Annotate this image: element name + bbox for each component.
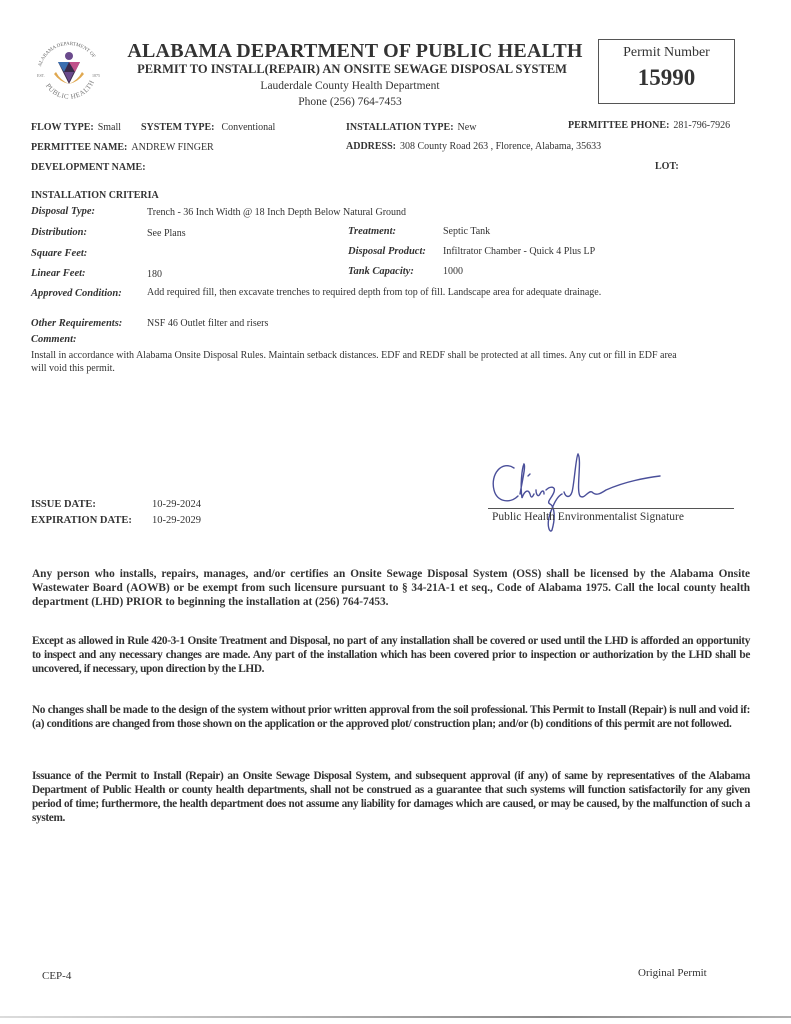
system-type-field: SYSTEM TYPE: Conventional — [141, 117, 275, 135]
permittee-name-field: PERMITTEE NAME: ANDREW FINGER — [31, 137, 214, 155]
tank-capacity-label: Tank Capacity: — [348, 266, 414, 277]
copy-type: Original Permit — [638, 967, 707, 979]
signature-caption: Public Health Environmentalist Signature — [492, 511, 684, 523]
design-changes-paragraph: No changes shall be made to the design o… — [32, 703, 750, 731]
other-requirements-label: Other Requirements: — [31, 318, 122, 329]
lot-field: LOT: — [655, 156, 679, 174]
department-phone: Phone (256) 764-7453 — [0, 96, 700, 108]
permittee-name-value: ANDREW FINGER — [131, 142, 213, 153]
tank-capacity-value: 1000 — [443, 266, 463, 277]
issue-date-value: 10-29-2024 — [152, 499, 201, 510]
system-type-label: SYSTEM TYPE: — [141, 122, 214, 133]
permit-number-label: Permit Number — [599, 45, 734, 61]
system-type-value: Conventional — [221, 122, 275, 133]
disposal-type-value: Trench - 36 Inch Width @ 18 Inch Depth B… — [147, 207, 406, 218]
installation-criteria-heading: INSTALLATION CRITERIA — [31, 190, 159, 201]
approved-condition-label: Approved Condition: — [31, 288, 122, 299]
permit-number-box: Permit Number 15990 — [598, 39, 735, 104]
distribution-value: See Plans — [147, 228, 186, 239]
permittee-phone-field: PERMITTEE PHONE: 281-796-7926 — [568, 115, 730, 133]
liability-paragraph: Issuance of the Permit to Install (Repai… — [32, 769, 750, 825]
disposal-product-value: Infiltrator Chamber - Quick 4 Plus LP — [443, 246, 595, 257]
lot-label: LOT: — [655, 161, 679, 172]
flow-type-label: FLOW TYPE: — [31, 122, 94, 133]
linear-feet-value: 180 — [147, 269, 162, 280]
permittee-phone-label: PERMITTEE PHONE: — [568, 120, 669, 131]
approved-condition-value: Add required fill, then excavate trenche… — [147, 287, 601, 298]
expiration-date-value: 10-29-2029 — [152, 515, 201, 526]
distribution-label: Distribution: — [31, 227, 87, 238]
other-requirements-value: NSF 46 Outlet filter and risers — [147, 318, 268, 329]
development-name-field: DEVELOPMENT NAME: — [31, 157, 146, 175]
address-value: 308 County Road 263 , Florence, Alabama,… — [400, 141, 601, 152]
county-department: Lauderdale County Health Department — [0, 80, 700, 92]
treatment-value: Septic Tank — [443, 226, 490, 237]
permit-subtitle: PERMIT TO INSTALL(REPAIR) AN ONSITE SEWA… — [0, 62, 700, 77]
installation-type-value: New — [458, 122, 477, 133]
flow-type-field: FLOW TYPE: Small — [31, 117, 121, 135]
comment-line-2: will void this permit. — [31, 363, 115, 374]
address-field: ADDRESS: 308 County Road 263 , Florence,… — [346, 136, 601, 154]
treatment-label: Treatment: — [348, 226, 396, 237]
permittee-name-label: PERMITTEE NAME: — [31, 142, 127, 153]
comment-line-1: Install in accordance with Alabama Onsit… — [31, 350, 677, 361]
signature-line — [488, 508, 734, 509]
form-code: CEP-4 — [42, 970, 71, 982]
bottom-divider — [0, 1016, 791, 1018]
agency-title: ALABAMA DEPARTMENT OF PUBLIC HEALTH — [0, 40, 700, 63]
address-label: ADDRESS: — [346, 141, 396, 152]
permit-number: 15990 — [599, 65, 734, 91]
installation-type-label: INSTALLATION TYPE: — [346, 122, 454, 133]
permittee-phone-value: 281-796-7926 — [673, 120, 730, 131]
square-feet-label: Square Feet: — [31, 248, 87, 259]
disposal-type-label: Disposal Type: — [31, 206, 95, 217]
inspection-paragraph: Except as allowed in Rule 420-3-1 Onsite… — [32, 634, 750, 676]
licensure-paragraph: Any person who installs, repairs, manage… — [32, 567, 750, 609]
comment-label: Comment: — [31, 334, 77, 345]
installation-type-field: INSTALLATION TYPE: New — [346, 117, 476, 135]
expiration-date-label: EXPIRATION DATE: — [31, 515, 132, 526]
linear-feet-label: Linear Feet: — [31, 268, 86, 279]
development-name-label: DEVELOPMENT NAME: — [31, 162, 146, 173]
issue-date-label: ISSUE DATE: — [31, 499, 96, 510]
disposal-product-label: Disposal Product: — [348, 246, 426, 257]
flow-type-value: Small — [98, 122, 121, 133]
